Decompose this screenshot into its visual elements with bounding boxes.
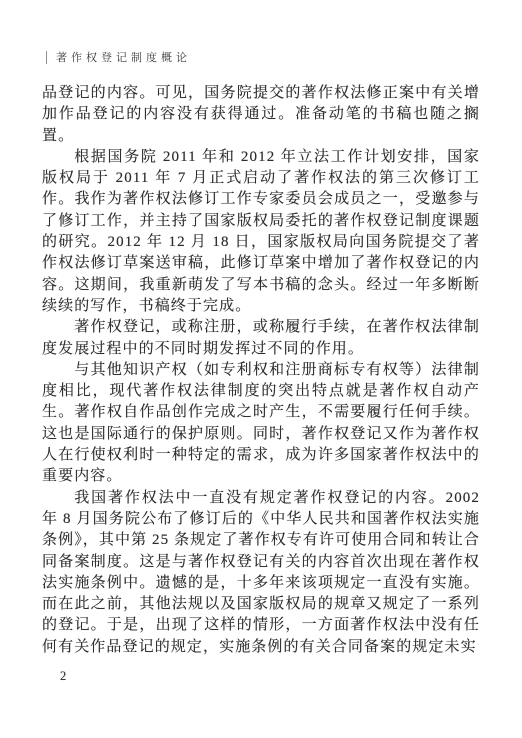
running-header-title: 著作权登记制度概论 — [56, 49, 191, 65]
paragraph: 著作权登记，或称注册，或称履行手续，在著作权法律制度发展过程中的不同时期发挥过不… — [42, 317, 480, 360]
running-header: 著作权登记制度概论 — [46, 49, 191, 65]
page-body-text: 品登记的内容。可见，国务院提交的著作权法修正案中有关增加作品登记的内容没有获得通… — [42, 83, 480, 658]
page-number: 2 — [60, 669, 66, 684]
paragraph: 根据国务院 2011 年和 2012 年立法工作计划安排，国家版权局于 2011… — [42, 147, 480, 317]
paragraph: 我国著作权法中一直没有规定著作权登记的内容。2002 年 8 月国务院公布了修订… — [42, 488, 480, 658]
header-divider-bar — [46, 51, 47, 64]
paragraph: 与其他知识产权（如专利权和注册商标专有权等）法律制度相比，现代著作权法律制度的突… — [42, 360, 480, 488]
book-page: 著作权登记制度概论 品登记的内容。可见，国务院提交的著作权法修正案中有关增加作品… — [0, 0, 522, 738]
paragraph-continued: 品登记的内容。可见，国务院提交的著作权法修正案中有关增加作品登记的内容没有获得通… — [42, 83, 480, 147]
